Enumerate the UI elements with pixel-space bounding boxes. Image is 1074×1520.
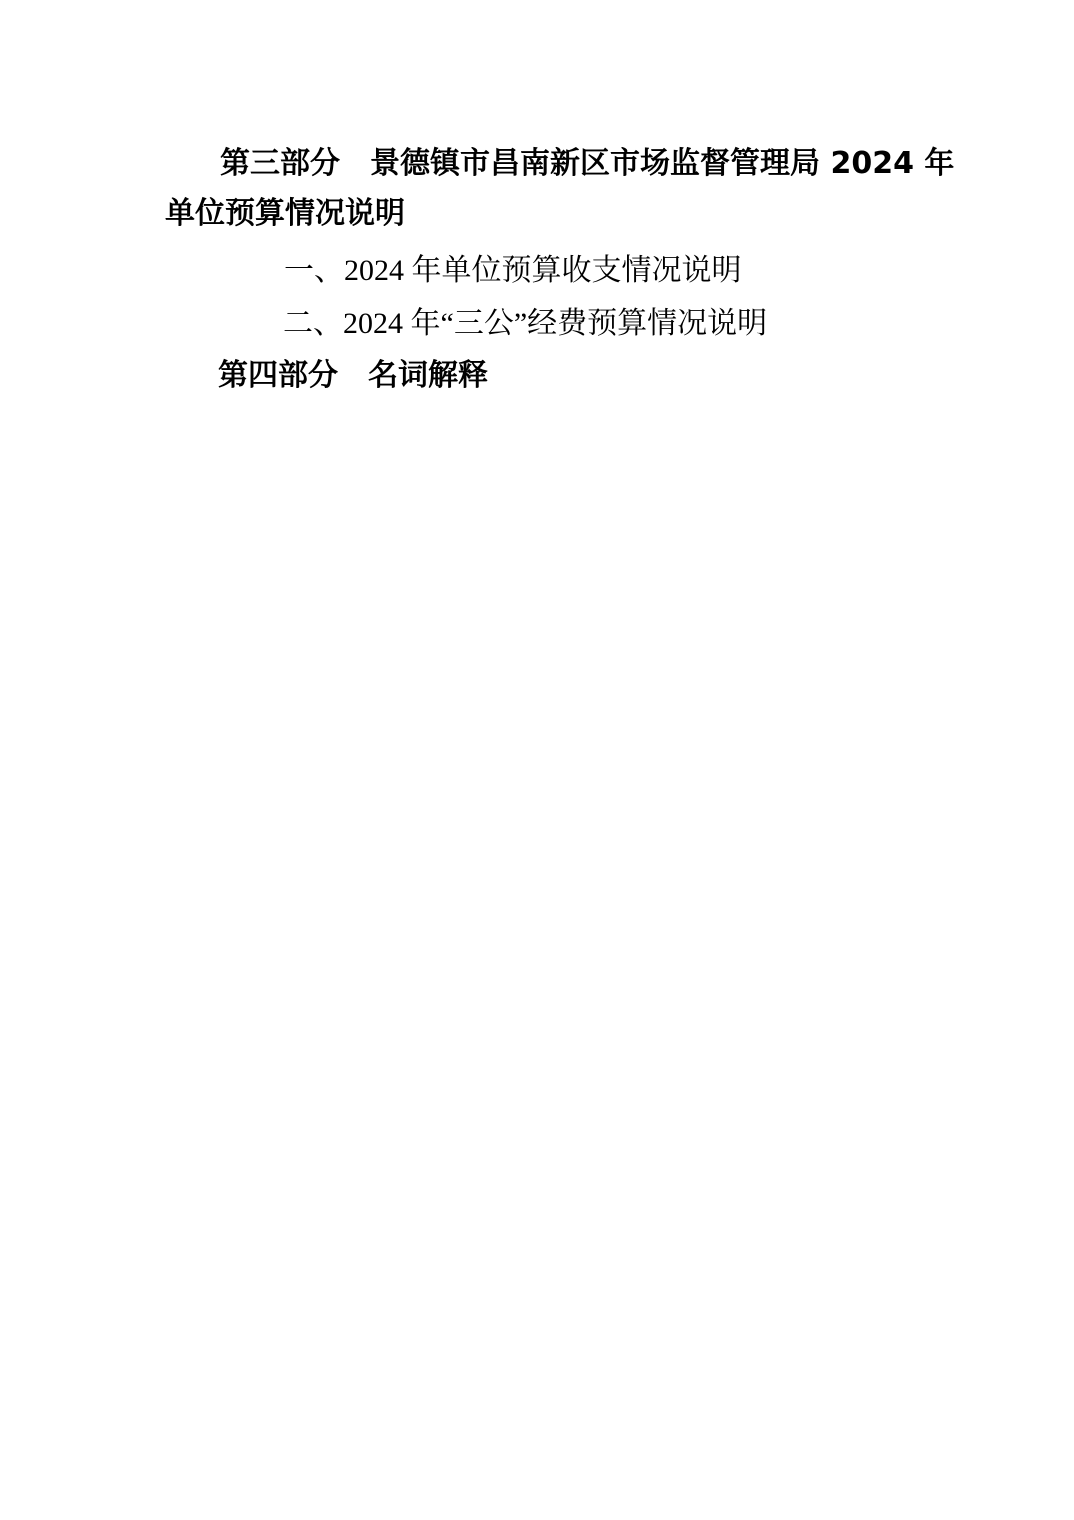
toc-item-2: 二、2024 年“三公”经费预算情况说明 — [283, 307, 767, 342]
part3-heading-line1: 第三部分 景德镇市昌南新区市场监督管理局 2024 年 — [220, 147, 954, 182]
part3-heading-line2: 单位预算情况说明 — [165, 197, 405, 232]
part4-heading: 第四部分 名词解释 — [218, 359, 488, 394]
document-page: 第三部分 景德镇市昌南新区市场监督管理局 2024 年 单位预算情况说明 一、2… — [0, 0, 1074, 1520]
toc-item-1: 一、2024 年单位预算收支情况说明 — [284, 254, 742, 289]
